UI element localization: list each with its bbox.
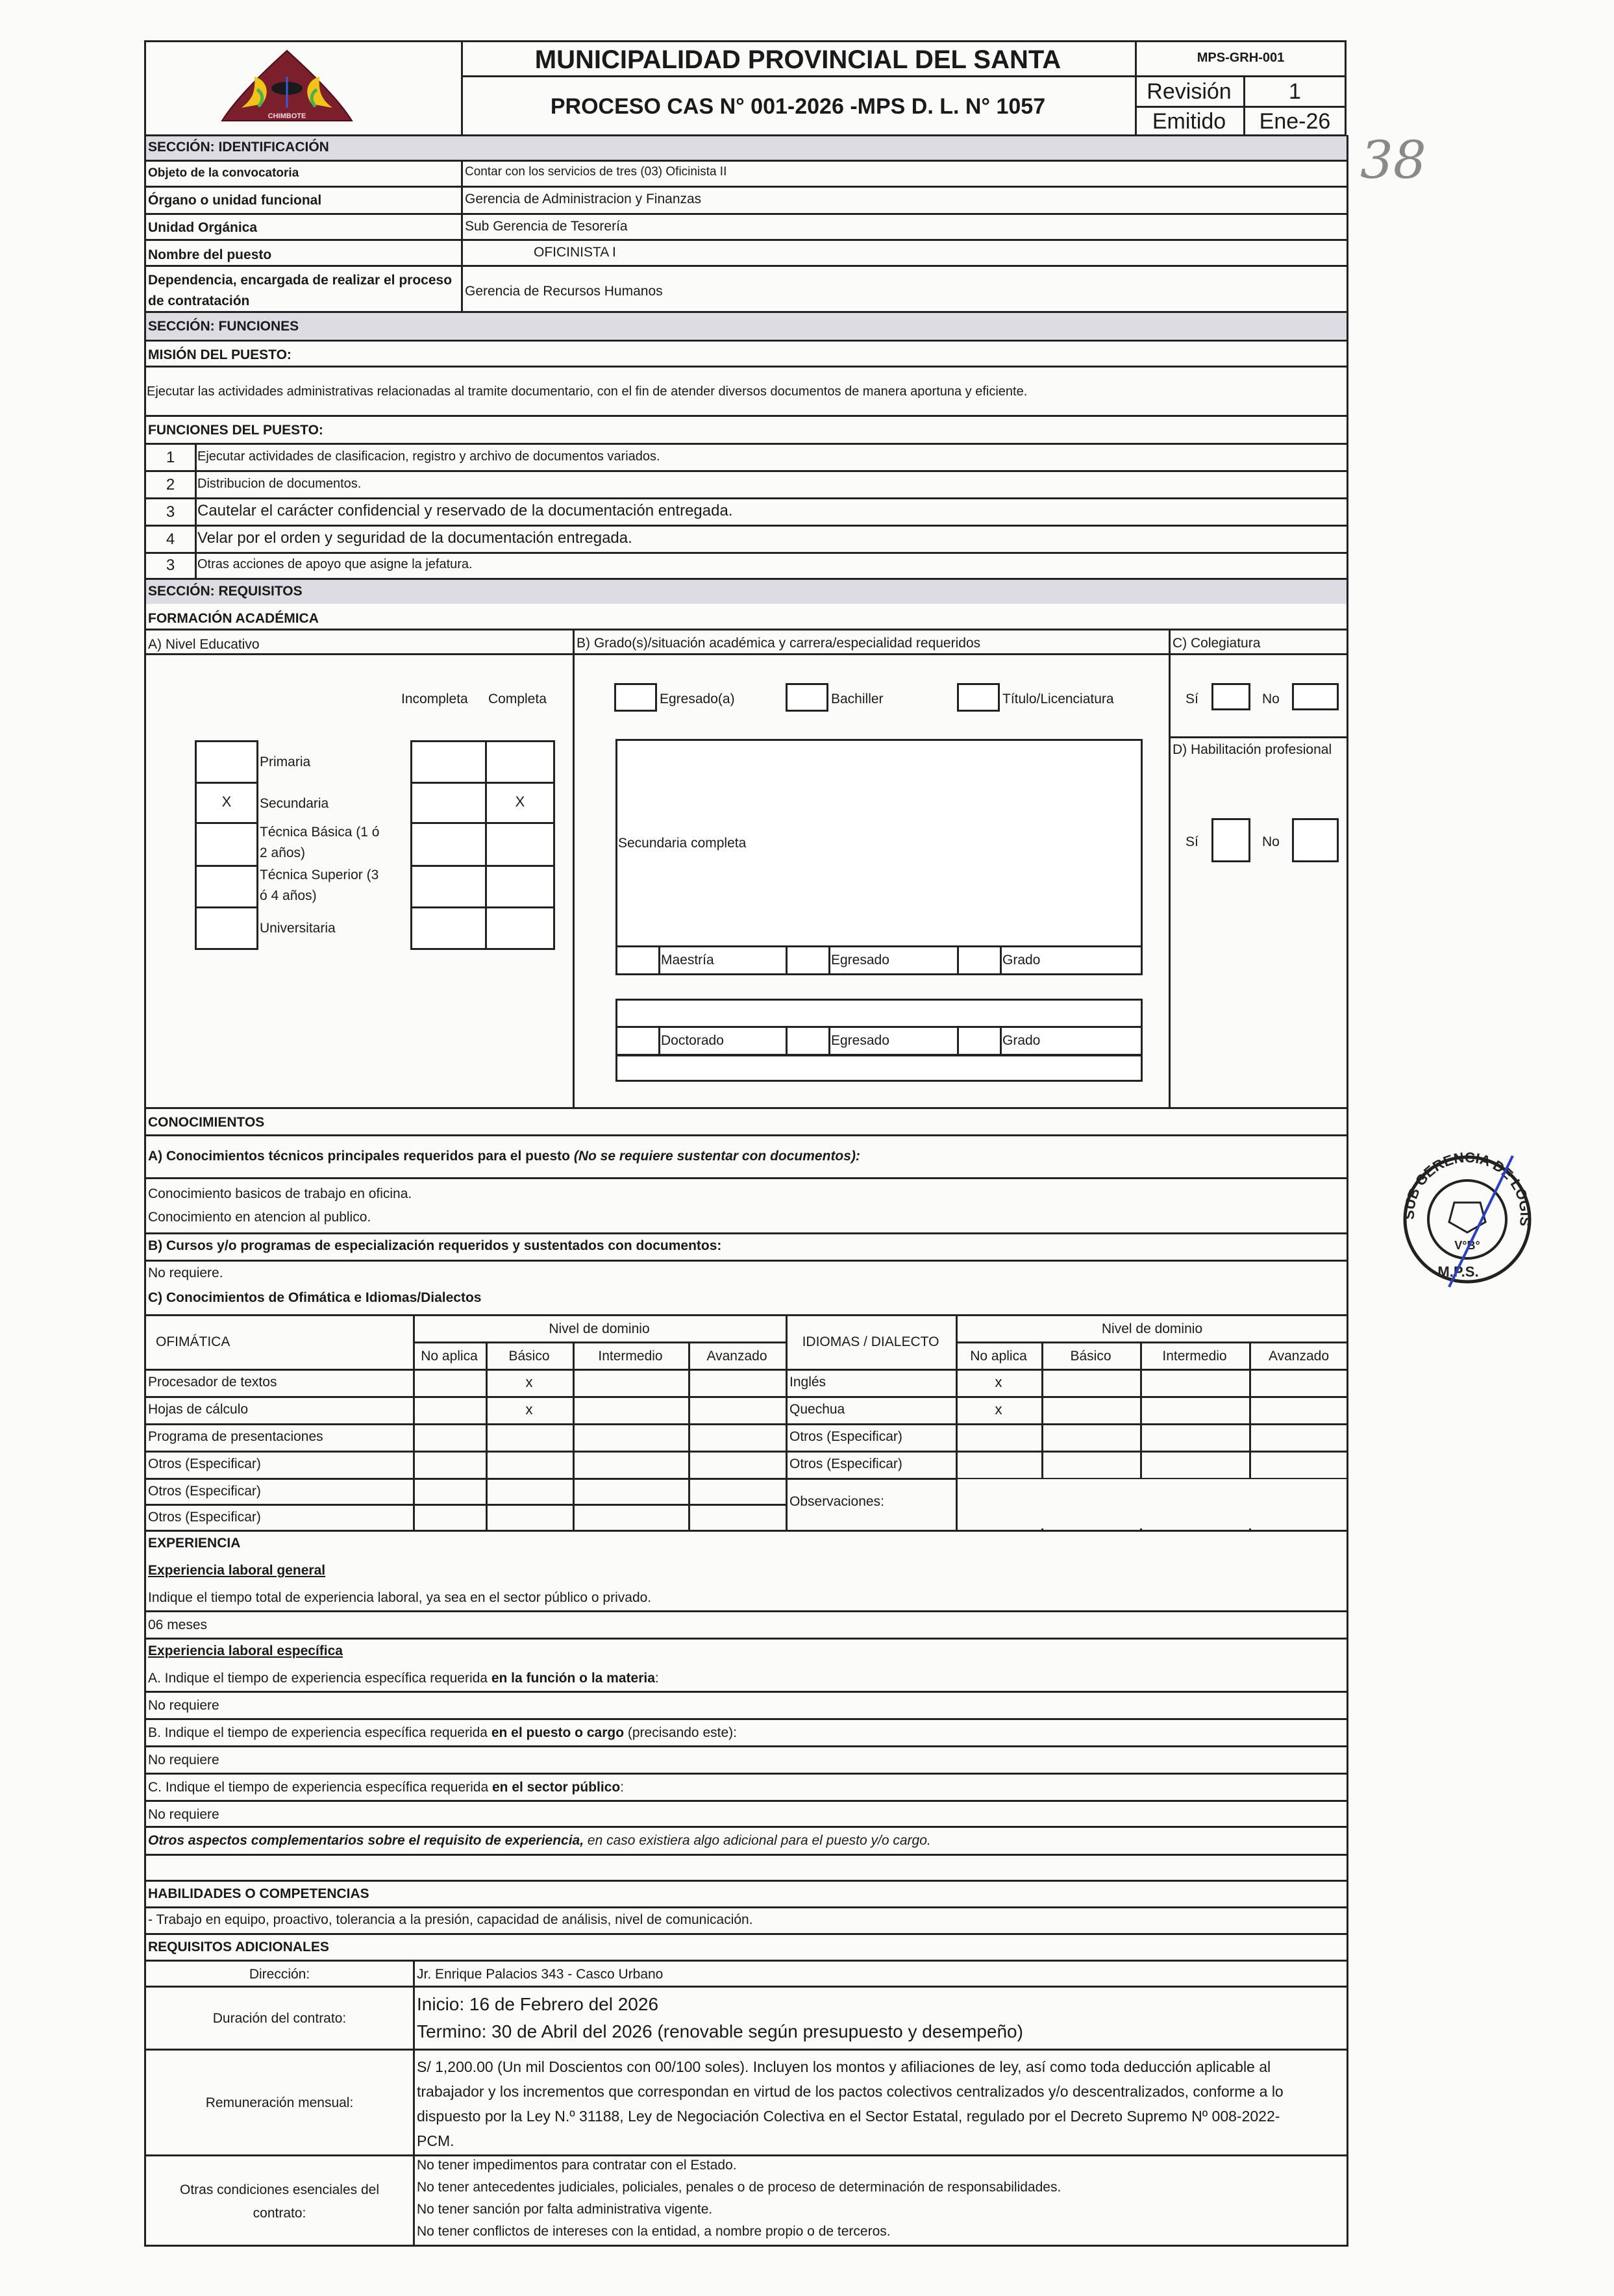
horizontal-rule bbox=[144, 2154, 1348, 2156]
emitido-value: Ene-26 bbox=[1243, 108, 1347, 135]
remuneracion-line-2: trabajador y los incrementos que corresp… bbox=[417, 2079, 1284, 2104]
horizontal-rule bbox=[144, 186, 1348, 188]
experiencia-a-bold: en la función o la materia bbox=[491, 1671, 655, 1686]
posgrado-label: Egresado bbox=[831, 1032, 889, 1049]
idiomas-level-header: Básico bbox=[1041, 1348, 1140, 1365]
label-organo: Órgano o unidad funcional bbox=[148, 192, 321, 209]
vertical-rule bbox=[956, 1478, 958, 1530]
ofimatica-row-label: Hojas de cálculo bbox=[148, 1401, 248, 1418]
horizontal-rule bbox=[144, 1504, 786, 1506]
funcion-number: 4 bbox=[146, 531, 195, 548]
nivel-incompleta-cell[interactable] bbox=[410, 782, 487, 824]
experiencia-especifica-title: Experiencia laboral específica bbox=[148, 1643, 343, 1660]
vertical-rule bbox=[195, 443, 197, 578]
horizontal-rule bbox=[786, 1451, 1348, 1453]
idioma-level-cell[interactable]: x bbox=[956, 1374, 1041, 1391]
habilidades-title: HABILIDADES O COMPETENCIAS bbox=[148, 1886, 369, 1903]
idioma-row-label: Inglés bbox=[789, 1374, 826, 1391]
colegiatura-si-label: Sí bbox=[1186, 691, 1198, 708]
funcion-text: Cautelar el carácter confidencial y rese… bbox=[197, 503, 732, 519]
horizontal-rule bbox=[144, 552, 1348, 554]
ofimatica-row-label: Programa de presentaciones bbox=[148, 1429, 323, 1445]
colegiatura-title: C) Colegiatura bbox=[1173, 635, 1260, 652]
ofimatica-level-header: No aplica bbox=[413, 1348, 486, 1365]
direccion-label: Dirección: bbox=[146, 1966, 413, 1983]
grado-title: B) Grado(s)/situación académica y carrer… bbox=[577, 635, 980, 652]
nivel-educativo-title: A) Nivel Educativo bbox=[148, 636, 260, 653]
nivel-incompleta-cell[interactable] bbox=[410, 822, 487, 867]
duracion-inicio: Inicio: 16 de Febrero del 2026 bbox=[417, 1993, 658, 2015]
form-element bbox=[1449, 1203, 1485, 1232]
form-element bbox=[1449, 1156, 1513, 1287]
idioma-row-label: Quechua bbox=[789, 1401, 845, 1418]
experiencia-title: EXPERIENCIA bbox=[148, 1535, 240, 1552]
horizontal-rule bbox=[144, 1314, 1348, 1316]
idioma-row-label: Otros (Especificar) bbox=[789, 1429, 902, 1445]
ofimatica-row-label: Otros (Especificar) bbox=[148, 1509, 261, 1526]
vertical-rule bbox=[658, 1026, 660, 1056]
section-band bbox=[146, 313, 1347, 339]
conocimientos-b-title: B) Cursos y/o programas de especializaci… bbox=[148, 1238, 721, 1254]
horizontal-rule bbox=[144, 160, 1348, 162]
nivel-completa-cell[interactable] bbox=[485, 906, 555, 950]
idioma-level-cell[interactable]: x bbox=[956, 1401, 1041, 1418]
posgrado-label: Maestría bbox=[661, 952, 714, 969]
horizontal-rule bbox=[144, 1718, 1348, 1720]
formacion-title: FORMACIÓN ACADÉMICA bbox=[148, 610, 319, 627]
horizontal-rule bbox=[144, 1232, 1348, 1234]
horizontal-rule bbox=[144, 1530, 1348, 1532]
nivel-completa-cell[interactable] bbox=[485, 822, 555, 867]
grado-option-label: Título/Licenciatura bbox=[1002, 691, 1114, 708]
ofimatica-row-label: Otros (Especificar) bbox=[148, 1483, 261, 1500]
grado-option-checkbox[interactable] bbox=[786, 683, 828, 712]
horizontal-rule bbox=[144, 1854, 1348, 1856]
doctorado-specialty-box[interactable] bbox=[615, 999, 1143, 1029]
habilidades-value: - Trabajo en equipo, proactivo, toleranc… bbox=[148, 1912, 753, 1928]
remuneracion-label: Remuneración mensual: bbox=[146, 2095, 413, 2112]
experiencia-c-prompt-text: C. Indique el tiempo de experiencia espe… bbox=[148, 1780, 492, 1795]
label-unidad-organica: Unidad Orgánica bbox=[148, 219, 257, 236]
nivel-label: Técnica Básica (1 ó 2 años) bbox=[260, 822, 383, 864]
carrera-box[interactable] bbox=[615, 739, 1143, 975]
nivel-incompleta-cell[interactable] bbox=[410, 906, 487, 950]
colegiatura-no-checkbox[interactable] bbox=[1292, 683, 1339, 710]
label-dependencia: Dependencia, encargada de realizar el pr… bbox=[148, 270, 460, 312]
nivel-incompleta-cell[interactable] bbox=[410, 740, 487, 784]
vertical-rule bbox=[413, 1960, 415, 2247]
label-objeto: Objeto de la convocatoria bbox=[148, 165, 299, 182]
nivel-label: Técnica Superior (3 ó 4 años) bbox=[260, 865, 383, 906]
horizontal-rule bbox=[144, 629, 1348, 630]
vertical-rule bbox=[828, 1026, 830, 1056]
idiomas-level-header: Intermedio bbox=[1140, 1348, 1249, 1365]
ofimatica-row-label: Otros (Especificar) bbox=[148, 1456, 261, 1473]
horizontal-rule bbox=[144, 265, 1348, 267]
vertical-rule bbox=[957, 945, 959, 975]
vertical-rule bbox=[828, 945, 830, 975]
experiencia-otros-bold: Otros aspectos complementarios sobre el … bbox=[148, 1833, 584, 1848]
horizontal-rule bbox=[144, 1906, 1348, 1908]
vertical-rule bbox=[786, 945, 788, 975]
posgrado-label: Egresado bbox=[831, 952, 889, 969]
horizontal-rule bbox=[144, 239, 1348, 241]
section-identificacion: SECCIÓN: IDENTIFICACIÓN bbox=[148, 139, 329, 156]
vertical-rule bbox=[658, 945, 660, 975]
vertical-rule bbox=[1000, 945, 1002, 975]
conocimientos-title: CONOCIMIENTOS bbox=[148, 1114, 264, 1131]
otras-condiciones-label-2: contrato: bbox=[146, 2205, 413, 2222]
horizontal-rule bbox=[956, 1341, 1348, 1343]
otras-condicion-1: No tener impedimentos para contratar con… bbox=[417, 2157, 737, 2174]
habilitacion-si-label: Sí bbox=[1186, 834, 1198, 851]
experiencia-otros-italic: en caso existiera algo adicional para el… bbox=[584, 1833, 931, 1848]
duracion-termino: Termino: 30 de Abril del 2026 (renovable… bbox=[417, 2021, 1023, 2043]
otras-condicion-3: No tener sanción por falta administrativ… bbox=[417, 2201, 712, 2218]
doctorado-detail-box[interactable] bbox=[615, 1054, 1143, 1082]
value-nombre-puesto: OFICINISTA I bbox=[534, 244, 616, 261]
idiomas-header: IDIOMAS / DIALECTO bbox=[786, 1334, 956, 1351]
horizontal-rule bbox=[144, 497, 1348, 499]
grado-option-checkbox[interactable] bbox=[957, 683, 1000, 712]
otras-condicion-2: No tener antecedentes judiciales, polici… bbox=[417, 2179, 1061, 2196]
horizontal-rule bbox=[144, 1986, 1348, 1988]
posgrado-label: Grado bbox=[1002, 1032, 1040, 1049]
horizontal-rule bbox=[144, 1177, 1348, 1179]
experiencia-b-prompt-text: B. Indique el tiempo de experiencia espe… bbox=[148, 1725, 491, 1740]
ofimatica-nivel-header: Nivel de dominio bbox=[413, 1321, 786, 1338]
habilitacion-no-checkbox[interactable] bbox=[1292, 818, 1339, 862]
ofimatica-row-label: Procesador de textos bbox=[148, 1374, 277, 1391]
experiencia-c-prompt: C. Indique el tiempo de experiencia espe… bbox=[148, 1779, 624, 1796]
municipality-logo: CHIMBOTE bbox=[216, 48, 358, 126]
value-objeto: Contar con los servicios de tres (03) Of… bbox=[465, 164, 726, 181]
funcion-text: Distribucion de documentos. bbox=[197, 475, 361, 492]
nivel-checkbox[interactable] bbox=[195, 822, 258, 867]
habilitacion-si-checkbox[interactable] bbox=[1211, 818, 1250, 862]
form-element: SUB GERENCIA DE LOGISTICA bbox=[1396, 1143, 1533, 1227]
experiencia-otros-prompt: Otros aspectos complementarios sobre el … bbox=[148, 1832, 931, 1849]
section-funciones: SECCIÓN: FUNCIONES bbox=[148, 318, 299, 335]
horizontal-rule bbox=[144, 1691, 1348, 1693]
horizontal-rule bbox=[144, 1826, 1348, 1828]
nivel-label: Universitaria bbox=[260, 918, 383, 939]
vertical-rule bbox=[1000, 1026, 1002, 1056]
document-code: MPS-GRH-001 bbox=[1135, 49, 1347, 66]
value-organo: Gerencia de Administracion y Finanzas bbox=[465, 191, 701, 208]
horizontal-rule bbox=[461, 75, 1347, 77]
grado-option-label: Bachiller bbox=[831, 691, 884, 708]
experiencia-b-suffix: (precisando este): bbox=[624, 1725, 737, 1740]
experiencia-general-title: Experiencia laboral general bbox=[148, 1562, 325, 1579]
experiencia-a-prompt-text: A. Indique el tiempo de experiencia espe… bbox=[148, 1671, 491, 1686]
horizontal-rule bbox=[144, 1396, 786, 1398]
otras-condiciones-label-1: Otras condiciones esenciales del bbox=[146, 2182, 413, 2199]
nivel-checkbox[interactable] bbox=[195, 906, 258, 950]
idioma-row-label: Otros (Especificar) bbox=[789, 1456, 902, 1473]
nivel-completa-mark: X bbox=[485, 793, 555, 810]
horizontal-rule bbox=[144, 1638, 1348, 1640]
ofimatica-level-cell[interactable]: x bbox=[486, 1374, 573, 1391]
ofimatica-level-header: Intermedio bbox=[573, 1348, 688, 1365]
emitido-label: Emitido bbox=[1135, 108, 1243, 135]
nivel-checkbox[interactable] bbox=[195, 865, 258, 908]
experiencia-b-bold: en el puesto o cargo bbox=[491, 1725, 624, 1740]
vertical-rule bbox=[413, 1314, 415, 1530]
experiencia-b-prompt: B. Indique el tiempo de experiencia espe… bbox=[148, 1725, 737, 1741]
header-title: MUNICIPALIDAD PROVINCIAL DEL SANTA bbox=[461, 45, 1135, 74]
section-band bbox=[146, 579, 1347, 604]
nivel-incompleta-cell[interactable] bbox=[410, 865, 487, 908]
label-nombre-puesto: Nombre del puesto bbox=[148, 247, 271, 264]
nivel-checkbox[interactable] bbox=[195, 740, 258, 784]
conocimientos-b-value: No requiere. bbox=[148, 1265, 223, 1282]
posgrado-label: Grado bbox=[1002, 952, 1040, 969]
col-completa: Completa bbox=[488, 691, 547, 708]
horizontal-rule bbox=[413, 1341, 786, 1343]
vertical-rule bbox=[1169, 629, 1171, 1107]
habilitacion-no-label: No bbox=[1262, 834, 1280, 851]
horizontal-rule bbox=[144, 578, 1348, 580]
conocimientos-a-note: (No se requiere sustentar con documentos… bbox=[574, 1149, 860, 1164]
horizontal-rule bbox=[144, 1773, 1348, 1775]
ofimatica-level-cell[interactable]: x bbox=[486, 1401, 573, 1418]
horizontal-rule bbox=[1169, 736, 1348, 738]
experiencia-c-value: No requiere bbox=[148, 1806, 219, 1823]
carrera-value: Secundaria completa bbox=[618, 835, 746, 852]
horizontal-rule bbox=[144, 1369, 1348, 1371]
revision-label: Revisión bbox=[1135, 78, 1243, 105]
revision-value: 1 bbox=[1243, 78, 1347, 105]
experiencia-general-prompt: Indique el tiempo total de experiencia l… bbox=[148, 1590, 651, 1606]
ofimatica-level-header: Avanzado bbox=[688, 1348, 786, 1365]
horizontal-rule bbox=[144, 1423, 786, 1425]
grado-option-checkbox[interactable] bbox=[614, 683, 657, 712]
horizontal-rule bbox=[144, 470, 1348, 472]
form-element: CHIMBOTE bbox=[268, 112, 306, 120]
experiencia-a-prompt: A. Indique el tiempo de experiencia espe… bbox=[148, 1670, 659, 1687]
horizontal-rule bbox=[144, 1478, 786, 1480]
horizontal-rule bbox=[144, 213, 1348, 215]
habilitacion-title: D) Habilitación profesional bbox=[1173, 742, 1332, 758]
colegiatura-no-label: No bbox=[1262, 691, 1280, 708]
form-element: SUB GERENCIA DE LOGISTICA bbox=[1396, 1143, 1533, 1227]
nivel-label: Primaria bbox=[260, 752, 383, 773]
nivel-completa-cell[interactable] bbox=[485, 865, 555, 908]
experiencia-b-value: No requiere bbox=[148, 1752, 219, 1769]
vertical-rule bbox=[573, 629, 575, 1107]
horizontal-rule bbox=[144, 366, 1348, 368]
horizontal-rule bbox=[144, 1134, 1348, 1136]
vertical-rule bbox=[957, 1026, 959, 1056]
experiencia-c-bold: en el sector público bbox=[492, 1780, 620, 1795]
idiomas-nivel-header: Nivel de dominio bbox=[956, 1321, 1348, 1338]
funcion-number: 3 bbox=[146, 504, 195, 521]
horizontal-rule bbox=[144, 1800, 1348, 1802]
nivel-check-mark: X bbox=[195, 793, 258, 810]
mision-title: MISIÓN DEL PUESTO: bbox=[148, 347, 292, 364]
remuneracion-line-1: S/ 1,200.00 (Un mil Doscientos con 00/10… bbox=[417, 2054, 1271, 2079]
remuneracion-line-4: PCM. bbox=[417, 2128, 454, 2153]
value-unidad-organica: Sub Gerencia de Tesorería bbox=[465, 218, 628, 235]
horizontal-rule bbox=[144, 340, 1348, 342]
funcion-text: Velar por el orden y seguridad de la doc… bbox=[197, 530, 632, 547]
nivel-label: Secundaria bbox=[260, 793, 383, 814]
direccion-value: Jr. Enrique Palacios 343 - Casco Urbano bbox=[417, 1966, 663, 1983]
otras-condicion-4: No tener conflictos de intereses con la … bbox=[417, 2223, 891, 2240]
grado-option-label: Egresado(a) bbox=[660, 691, 735, 708]
value-dependencia: Gerencia de Recursos Humanos bbox=[465, 283, 663, 300]
observaciones-label: Observaciones: bbox=[789, 1493, 884, 1510]
funcion-text: Otras acciones de apoyo que asigne la je… bbox=[197, 556, 473, 573]
document-page: CHIMBOTE MUNICIPALIDAD PROVINCIAL DEL SA… bbox=[0, 0, 1614, 2296]
idiomas-level-header: No aplica bbox=[956, 1348, 1041, 1365]
vertical-rule bbox=[461, 160, 463, 311]
header-subtitle: PROCESO CAS N° 001-2026 -MPS D. L. N° 10… bbox=[461, 92, 1135, 121]
ofimatica-header: OFIMÁTICA bbox=[156, 1334, 230, 1351]
funcion-number: 2 bbox=[146, 477, 195, 493]
horizontal-rule bbox=[144, 653, 1348, 655]
horizontal-rule bbox=[144, 1933, 1348, 1935]
colegiatura-si-checkbox[interactable] bbox=[1211, 683, 1250, 710]
conocimientos-c-title: C) Conocimientos de Ofimática e Idiomas/… bbox=[148, 1290, 481, 1306]
logistica-stamp: SUB GERENCIA DE LOGISTICA V°B° M.P.S. bbox=[1396, 1143, 1552, 1292]
ofimatica-level-header: Básico bbox=[486, 1348, 573, 1365]
horizontal-rule bbox=[144, 1960, 1348, 1962]
horizontal-rule bbox=[144, 1260, 1348, 1262]
mision-text: Ejecutar las actividades administrativas… bbox=[147, 383, 1027, 400]
horizontal-rule bbox=[144, 443, 1348, 445]
remuneracion-line-3: dispuesto por la Ley N.º 31188, Ley de N… bbox=[417, 2104, 1280, 2128]
duracion-label: Duración del contrato: bbox=[146, 2010, 413, 2027]
funcion-number: 1 bbox=[146, 449, 195, 466]
conocimientos-a-title-text: A) Conocimientos técnicos principales re… bbox=[148, 1149, 570, 1164]
horizontal-rule bbox=[144, 1451, 786, 1453]
conocimiento-item-2: Conocimiento en atencion al publico. bbox=[148, 1209, 371, 1226]
funciones-title: FUNCIONES DEL PUESTO: bbox=[148, 422, 323, 439]
experiencia-a-value: No requiere bbox=[148, 1697, 219, 1714]
horizontal-rule bbox=[144, 1107, 1348, 1109]
horizontal-rule bbox=[786, 1396, 1348, 1398]
vertical-rule bbox=[786, 1026, 788, 1056]
conocimientos-a-title: A) Conocimientos técnicos principales re… bbox=[148, 1148, 860, 1165]
section-requisitos: SECCIÓN: REQUISITOS bbox=[148, 583, 303, 600]
adicionales-title: REQUISITOS ADICIONALES bbox=[148, 1939, 329, 1956]
idiomas-level-header: Avanzado bbox=[1249, 1348, 1348, 1365]
horizontal-rule bbox=[144, 1610, 1348, 1612]
form-element bbox=[957, 1479, 1347, 1529]
posgrado-label: Doctorado bbox=[661, 1032, 724, 1049]
col-incompleta: Incompleta bbox=[401, 691, 468, 708]
nivel-completa-cell[interactable] bbox=[485, 740, 555, 784]
horizontal-rule bbox=[144, 2049, 1348, 2051]
handwritten-page-number: 38 bbox=[1360, 130, 1426, 190]
experiencia-general-value: 06 meses bbox=[148, 1617, 207, 1634]
horizontal-rule bbox=[144, 1745, 1348, 1747]
conocimiento-item-1: Conocimiento basicos de trabajo en ofici… bbox=[148, 1186, 412, 1203]
horizontal-rule bbox=[144, 1880, 1348, 1882]
horizontal-rule bbox=[144, 525, 1348, 527]
funcion-text: Ejecutar actividades de clasificacion, r… bbox=[197, 448, 660, 465]
horizontal-rule bbox=[786, 1423, 1348, 1425]
funcion-number: 3 bbox=[146, 557, 195, 574]
horizontal-rule bbox=[144, 415, 1348, 417]
